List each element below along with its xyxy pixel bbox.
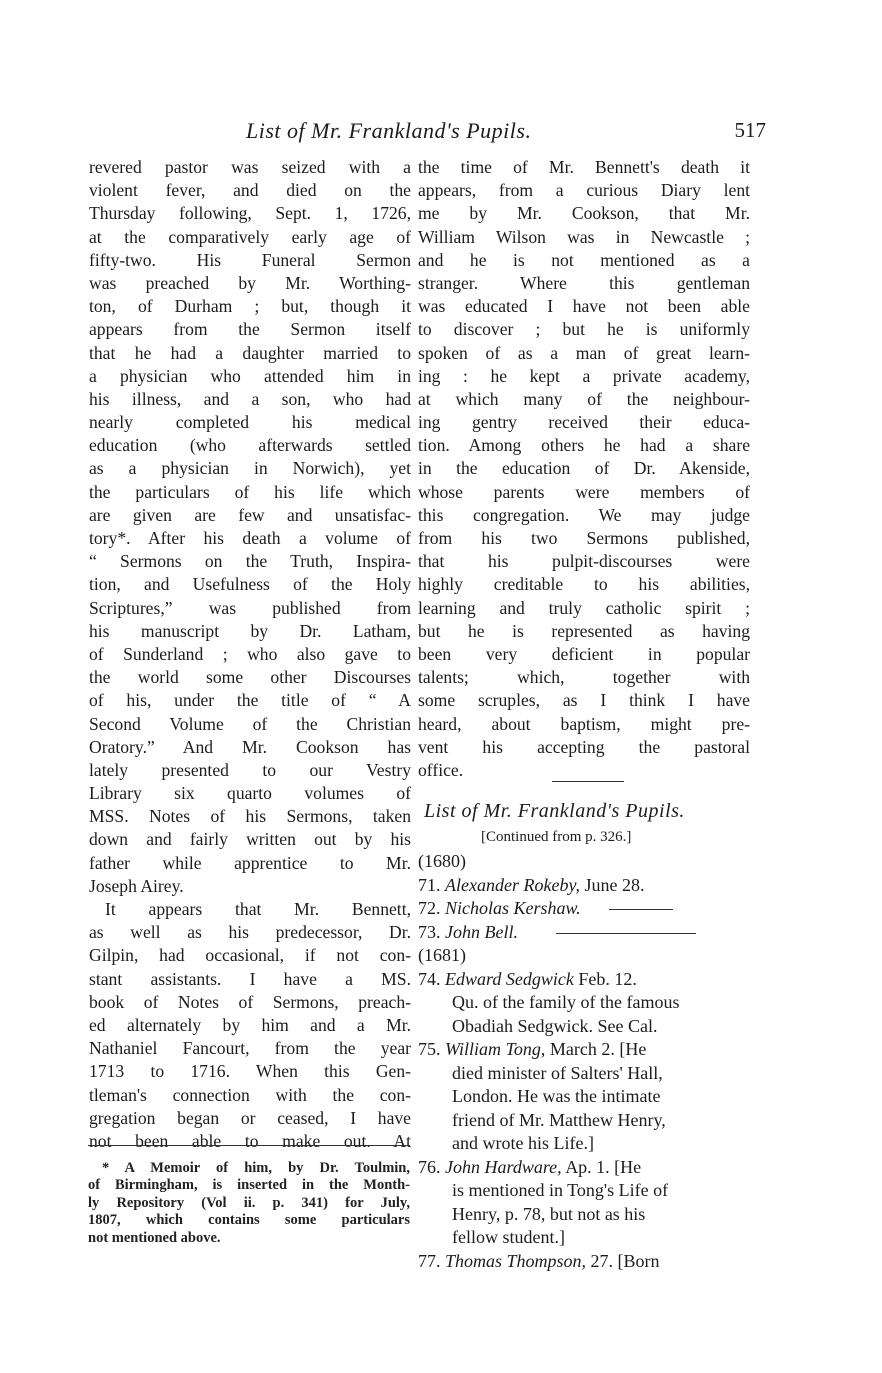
text-line: some scruples, as I think I have [418, 689, 750, 712]
text-line: tion, and Usefulness of the Holy [89, 573, 411, 596]
text-line: Scriptures,” was published from [89, 597, 411, 620]
text-line: Joseph Airey. [89, 875, 411, 898]
pupil-name: John Bell. [445, 922, 518, 942]
footnote: * A Memoir of him, by Dr. Toulmin, of Bi… [88, 1160, 410, 1247]
entry-note: is mentioned in Tong's Life of [418, 1179, 752, 1203]
text-line: tory*. After his death a volume of [89, 527, 411, 550]
entry-note: Obadiah Sedgwick. See Cal. [418, 1015, 752, 1039]
text-line: tion. Among others he had a share [418, 434, 750, 457]
text-line: a physician who attended him in [89, 365, 411, 388]
text-line: me by Mr. Cookson, that Mr. [418, 202, 750, 225]
text-line: of his, under the title of “ A [89, 689, 411, 712]
text-line: gregation began or ceased, I have [89, 1107, 411, 1130]
text-line: Oratory.” And Mr. Cookson has [89, 736, 411, 759]
entry-detail: Ap. 1. [He [565, 1157, 641, 1177]
text-line: at which many of the neighbour- [418, 388, 750, 411]
text-line: to discover ; but he is uniformly [418, 318, 750, 341]
entry-detail: 27. [Born [591, 1251, 660, 1271]
text-line: ing gentry received their educa- [418, 411, 750, 434]
entry-note: London. He was the intimate [418, 1085, 752, 1109]
list-heading: List of Mr. Frankland's Pupils. [424, 800, 685, 823]
text-line: that he had a daughter married to [89, 342, 411, 365]
text-line: ing : he kept a private academy, [418, 365, 750, 388]
text-line: nearly completed his medical [89, 411, 411, 434]
text-line: learning and truly catholic spirit ; [418, 597, 750, 620]
left-column: revered pastor was seized with a violent… [89, 156, 411, 1153]
entry-note: friend of Mr. Matthew Henry, [418, 1109, 752, 1133]
text-line: office. [418, 759, 750, 782]
entry-number: 75. [418, 1039, 441, 1059]
text-line: ed alternately by him and a Mr. [89, 1014, 411, 1037]
text-line: Gilpin, had occasional, if not con- [89, 944, 411, 967]
list-item: 77. Thomas Thompson, 27. [Born [418, 1250, 752, 1274]
entry-number: 74. [418, 969, 441, 989]
text-line: in the education of Dr. Akenside, [418, 457, 750, 480]
text-line: but he is represented as having [418, 620, 750, 643]
text-line: that his pulpit-discourses were [418, 550, 750, 573]
text-line: vent his accepting the pastoral [418, 736, 750, 759]
text-line: “ Sermons on the Truth, Inspira- [89, 550, 411, 573]
year-label: (1681) [418, 944, 752, 968]
footnote-line: of Birmingham, is inserted in the Month- [88, 1177, 410, 1194]
list-item: 73. John Bell. [418, 921, 752, 945]
entry-number: 73. [418, 922, 441, 942]
entry-note: died minister of Salters' Hall, [418, 1062, 752, 1086]
text-line: as a physician in Norwich), yet [89, 457, 411, 480]
pupil-name: William Tong, [445, 1039, 545, 1059]
year-label: (1680) [418, 850, 752, 874]
text-line: this congregation. We may judge [418, 504, 750, 527]
text-line: was educated I have not been able [418, 295, 750, 318]
text-line: stant assistants. I have a MS. [89, 968, 411, 991]
pupil-name: Thomas Thompson, [445, 1251, 586, 1271]
text-line: not been able to make out. At [89, 1130, 411, 1153]
list-item: 71. Alexander Rokeby, June 28. [418, 874, 752, 898]
pupil-name: John Hardware, [445, 1157, 562, 1177]
text-line: stranger. Where this gentleman [418, 272, 750, 295]
entry-note: Henry, p. 78, but not as his [418, 1203, 752, 1227]
text-line: down and fairly written out by his [89, 828, 411, 851]
entry-number: 71. [418, 875, 441, 895]
continued-note: [Continued from p. 326.] [481, 829, 631, 846]
text-line: was preached by Mr. Worthing- [89, 272, 411, 295]
running-title: List of Mr. Frankland's Pupils. [246, 118, 531, 144]
entry-note: fellow student.] [418, 1226, 752, 1250]
text-line: appears from the Sermon itself [89, 318, 411, 341]
pupil-list: (1680) 71. Alexander Rokeby, June 28. 72… [418, 850, 752, 1273]
entry-note: Qu. of the family of the famous [418, 991, 752, 1015]
ditto-dash [556, 933, 696, 934]
entry-detail: June 28. [584, 875, 644, 895]
text-line: highly creditable to his abilities, [418, 573, 750, 596]
text-line: book of Notes of Sermons, preach- [89, 991, 411, 1014]
entry-number: 77. [418, 1251, 441, 1271]
text-line: his illness, and a son, who had [89, 388, 411, 411]
footnote-divider [88, 1145, 410, 1146]
text-line: MSS. Notes of his Sermons, taken [89, 805, 411, 828]
text-line: spoken of as a man of great learn- [418, 342, 750, 365]
text-line: at the comparatively early age of [89, 226, 411, 249]
text-line: of Sunderland ; who also gave to [89, 643, 411, 666]
footnote-line: ly Repository (Vol ii. p. 341) for July, [88, 1195, 410, 1212]
ditto-dash [609, 909, 673, 910]
text-line: ton, of Durham ; but, though it [89, 295, 411, 318]
text-line: revered pastor was seized with a [89, 156, 411, 179]
list-item: 74. Edward Sedgwick Feb. 12. [418, 968, 752, 992]
text-line: are given are few and unsatisfac- [89, 504, 411, 527]
text-line: and he is not mentioned as a [418, 249, 750, 272]
list-item: 76. John Hardware, Ap. 1. [He [418, 1156, 752, 1180]
pupil-name: Edward Sedgwick [445, 969, 574, 989]
text-line: talents; which, together with [418, 666, 750, 689]
text-line: fifty-two. His Funeral Sermon [89, 249, 411, 272]
text-line: Second Volume of the Christian [89, 713, 411, 736]
text-line: from his two Sermons published, [418, 527, 750, 550]
text-line: whose parents were members of [418, 481, 750, 504]
footnote-line: * A Memoir of him, by Dr. Toulmin, [88, 1160, 410, 1177]
page-number: 517 [735, 118, 767, 143]
text-line: the time of Mr. Bennett's death it [418, 156, 750, 179]
text-line: 1713 to 1716. When this Gen- [89, 1060, 411, 1083]
footnote-line: not mentioned above. [88, 1230, 410, 1247]
right-column: the time of Mr. Bennett's death it appea… [418, 156, 750, 782]
entry-detail: March 2. [He [550, 1039, 646, 1059]
text-line: his manuscript by Dr. Latham, [89, 620, 411, 643]
list-item: 75. William Tong, March 2. [He [418, 1038, 752, 1062]
entry-note: and wrote his Life.] [418, 1132, 752, 1156]
text-line: violent fever, and died on the [89, 179, 411, 202]
text-line: the particulars of his life which [89, 481, 411, 504]
pupil-name: Alexander Rokeby, [445, 875, 580, 895]
text-line: been very deficient in popular [418, 643, 750, 666]
text-line: appears, from a curious Diary lent [418, 179, 750, 202]
section-divider [552, 781, 624, 782]
text-line: as well as his predecessor, Dr. [89, 921, 411, 944]
text-line: tleman's connection with the con- [89, 1084, 411, 1107]
page-header: List of Mr. Frankland's Pupils. 517 [246, 118, 766, 148]
list-item: 72. Nicholas Kershaw. [418, 897, 752, 921]
text-line: William Wilson was in Newcastle ; [418, 226, 750, 249]
entry-detail: Feb. 12. [578, 969, 637, 989]
text-line: Library six quarto volumes of [89, 782, 411, 805]
text-line: Thursday following, Sept. 1, 1726, [89, 202, 411, 225]
entry-number: 76. [418, 1157, 441, 1177]
footnote-line: 1807, which contains some particulars [88, 1212, 410, 1229]
paragraph-start-line: It appears that Mr. Bennett, [89, 898, 411, 921]
text-line: heard, about baptism, might pre- [418, 713, 750, 736]
text-line: father while apprentice to Mr. [89, 852, 411, 875]
text-line: the world some other Discourses [89, 666, 411, 689]
text-line: education (who afterwards settled [89, 434, 411, 457]
text-line: Nathaniel Fancourt, from the year [89, 1037, 411, 1060]
pupil-name: Nicholas Kershaw. [445, 898, 581, 918]
entry-number: 72. [418, 898, 441, 918]
text-line: lately presented to our Vestry [89, 759, 411, 782]
